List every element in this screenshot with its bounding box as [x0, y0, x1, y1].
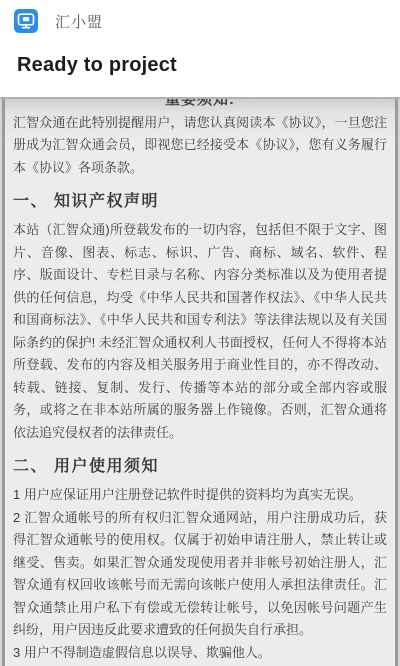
- document-content[interactable]: 重要须知: 汇智众通在此特别提醒用户，请您认真阅读本《协议》，一旦您注册成为汇智…: [2, 99, 398, 666]
- section-heading-ip-statement: 一、 知识产权声明: [13, 191, 387, 213]
- page-title: Ready to project: [0, 38, 400, 87]
- document-intro-paragraph: 汇智众通在此特别提醒用户，请您认真阅读本《协议》，一旦您注册成为汇智众通会员，即…: [13, 112, 387, 180]
- list-item: 1 用户应保证用户注册登记软件时提供的资料均为真实无误。: [13, 484, 387, 507]
- list-item: 2 汇智众通帐号的所有权归汇智众通网站，用户注册成功后，获得汇智众通帐号的使用权…: [13, 507, 387, 642]
- display-projection-icon: [14, 9, 38, 33]
- app-name: 汇小盟: [55, 11, 103, 32]
- section-paragraph: 本站（汇智众通)所登载发布的一切内容，包括但不限于文字、图片、音像、图表、标志、…: [13, 219, 387, 444]
- document-notice-title: 重要须知:: [13, 99, 387, 112]
- document-viewer[interactable]: 重要须知: 汇智众通在此特别提醒用户，请您认真阅读本《协议》，一旦您注册成为汇智…: [0, 97, 400, 666]
- app-header: 汇小盟: [0, 0, 400, 38]
- list-item: 3 用户不得制造虚假信息以误导、欺骗他人。: [13, 642, 387, 665]
- section-heading-user-notice: 二、 用户使用须知: [13, 456, 387, 478]
